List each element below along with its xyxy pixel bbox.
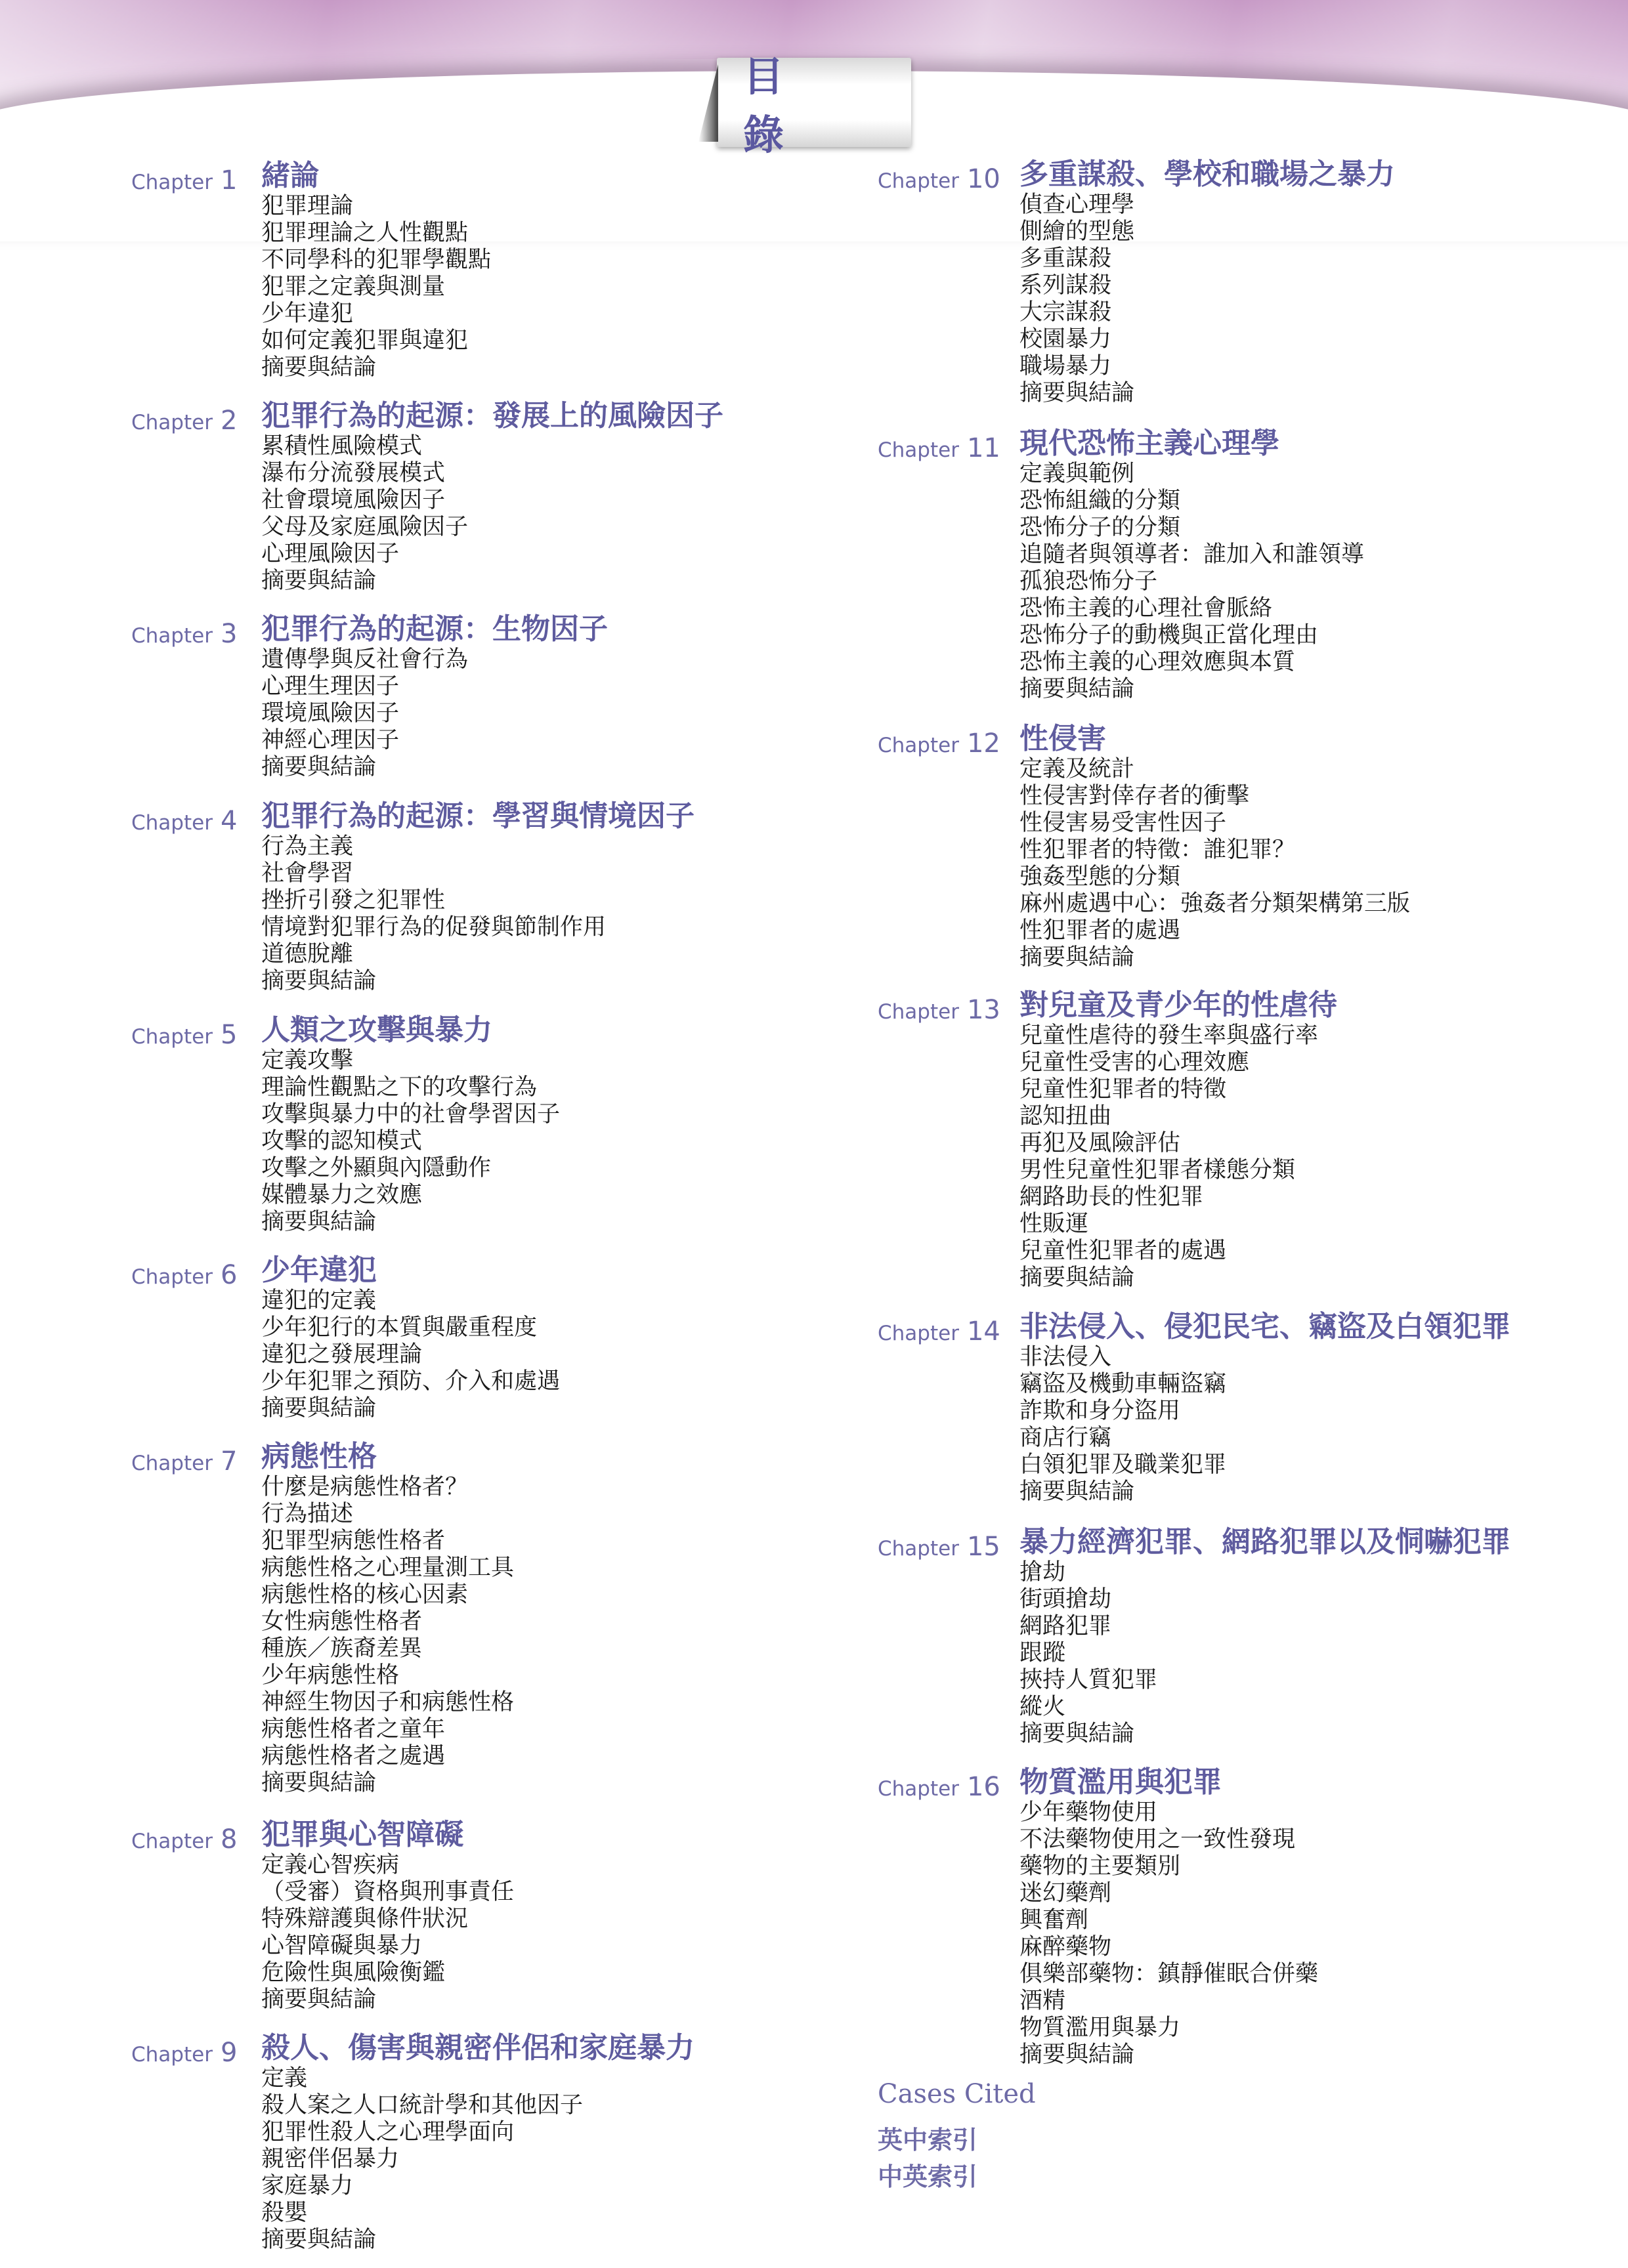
section-item[interactable]: 少年犯行的本質與嚴重程度 xyxy=(261,1314,560,1341)
section-item[interactable]: 摘要與結論 xyxy=(1019,2042,1318,2068)
chapter-title[interactable]: 殺人、傷害與親密伴侶和家庭暴力 xyxy=(261,2032,695,2064)
section-item[interactable]: 特殊辯護與條件狀況 xyxy=(261,1906,514,1933)
section-item[interactable]: 物質濫用與暴力 xyxy=(1019,2015,1318,2042)
section-item[interactable]: 兒童性虐待的發生率與盛行率 xyxy=(1019,1022,1318,1049)
section-item[interactable]: 摘要與結論 xyxy=(1019,1479,1226,1505)
chapter-label: Chapter10 xyxy=(878,164,1000,194)
section-item[interactable]: 再犯及風險評估 xyxy=(1019,1130,1318,1157)
section-item[interactable]: 摘要與結論 xyxy=(261,1395,560,1422)
section-item[interactable]: 藥物的主要類別 xyxy=(1019,1853,1318,1880)
chapter-number: 8 xyxy=(221,1824,237,1855)
section-item[interactable]: 攻擊與暴力中的社會學習因子 xyxy=(261,1101,560,1128)
section-list: 定義心智疾病（受審）資格與刑事責任特殊辯護與條件狀況心智障礙與暴力危險性與風險衡… xyxy=(261,1852,514,2013)
section-item[interactable]: 親密伴侶暴力 xyxy=(261,2146,583,2173)
section-item[interactable]: 違犯的定義 xyxy=(261,1288,560,1314)
section-item[interactable]: 職場暴力 xyxy=(1019,353,1134,380)
section-item[interactable]: 犯罪理論 xyxy=(261,193,491,220)
section-item[interactable]: 麻州處遇中心：強姦者分類架構第三版 xyxy=(1019,891,1410,917)
section-item[interactable]: 違犯之發展理論 xyxy=(261,1341,560,1368)
section-item[interactable]: 恐怖分子的動機與正當化理由 xyxy=(1019,622,1364,649)
section-item[interactable]: 社會環境風險因子 xyxy=(261,487,468,514)
chapter-label: Chapter2 xyxy=(131,406,237,436)
section-item[interactable]: 跟蹤 xyxy=(1019,1640,1157,1667)
section-item[interactable]: 病態性格者之童年 xyxy=(261,1716,514,1743)
section-item[interactable]: 犯罪理論之人性觀點 xyxy=(261,220,491,247)
section-item[interactable]: 強姦型態的分類 xyxy=(1019,864,1410,891)
section-item[interactable]: 性犯罪者的特徵：誰犯罪？ xyxy=(1019,837,1410,864)
section-item[interactable]: 少年違犯 xyxy=(261,301,491,327)
section-item[interactable]: 商店行竊 xyxy=(1019,1425,1226,1452)
chapter-title[interactable]: 犯罪行為的起源：發展上的風險因子 xyxy=(261,400,723,432)
section-item[interactable]: 瀑布分流發展模式 xyxy=(261,460,468,487)
section-item[interactable]: 情境對犯罪行為的促發與節制作用 xyxy=(261,914,606,941)
chapter-label: Chapter6 xyxy=(131,1260,237,1290)
section-item[interactable]: 摘要與結論 xyxy=(261,1986,514,2013)
chapter-label: Chapter15 xyxy=(878,1532,1000,1562)
chapter-title[interactable]: 多重謀殺、學校和職場之暴力 xyxy=(1019,159,1395,190)
toc-index-zh-en[interactable]: 中英索引 xyxy=(878,2156,977,2193)
chapter-number: 9 xyxy=(221,2038,237,2068)
chapter-number: 3 xyxy=(221,619,237,649)
section-list: 違犯的定義少年犯行的本質與嚴重程度違犯之發展理論少年犯罪之預防、介入和處遇摘要與… xyxy=(261,1288,560,1422)
chapter-title[interactable]: 少年違犯 xyxy=(261,1255,377,1286)
section-item[interactable]: 摘要與結論 xyxy=(1019,1721,1157,1748)
section-item[interactable]: 俱樂部藥物：鎮靜催眠合併藥 xyxy=(1019,1961,1318,1988)
section-item[interactable]: 性販運 xyxy=(1019,1211,1318,1238)
section-list: 行為主義社會學習挫折引發之犯罪性情境對犯罪行為的促發與節制作用道德脫離摘要與結論 xyxy=(261,833,606,995)
section-item[interactable]: 媒體暴力之效應 xyxy=(261,1182,560,1209)
section-list: 什麼是病態性格者？行為描述犯罪型病態性格者病態性格之心理量測工具病態性格的核心因… xyxy=(261,1474,514,1797)
section-item[interactable]: 定義心智疾病 xyxy=(261,1852,514,1879)
section-item[interactable]: 多重謀殺 xyxy=(1019,245,1134,272)
section-item[interactable]: 行為主義 xyxy=(261,833,606,860)
section-item[interactable]: 摘要與結論 xyxy=(261,2227,583,2254)
chapter-word: Chapter xyxy=(131,1025,213,1049)
section-item[interactable]: 恐怖組織的分類 xyxy=(1019,488,1364,514)
section-item[interactable]: 如何定義犯罪與違犯 xyxy=(261,327,491,354)
chapter-title[interactable]: 物質濫用與犯罪 xyxy=(1019,1767,1222,1798)
section-item[interactable]: 恐怖分子的分類 xyxy=(1019,514,1364,541)
section-list: 兒童性虐待的發生率與盛行率兒童性受害的心理效應兒童性犯罪者的特徵認知扭曲再犯及風… xyxy=(1019,1022,1318,1291)
section-item[interactable]: 認知扭曲 xyxy=(1019,1103,1318,1130)
section-item[interactable]: 恐怖主義的心理社會脈絡 xyxy=(1019,595,1364,622)
section-item[interactable]: 兒童性受害的心理效應 xyxy=(1019,1049,1318,1076)
section-list: 偵查心理學側繪的型態多重謀殺系列謀殺大宗謀殺校園暴力職場暴力摘要與結論 xyxy=(1019,192,1134,407)
chapter-label: Chapter11 xyxy=(878,433,1000,463)
chapter-number: 5 xyxy=(221,1020,237,1050)
section-item[interactable]: 偵查心理學 xyxy=(1019,192,1134,219)
section-item[interactable]: 少年犯罪之預防、介入和處遇 xyxy=(261,1368,560,1395)
chapter-title[interactable]: 病態性格 xyxy=(261,1441,377,1473)
section-item[interactable]: 側繪的型態 xyxy=(1019,219,1134,245)
section-list: 遺傳學與反社會行為心理生理因子環境風險因子神經心理因子摘要與結論 xyxy=(261,646,468,781)
section-item[interactable]: 詐欺和身分盜用 xyxy=(1019,1398,1226,1425)
section-item[interactable]: 非法侵入 xyxy=(1019,1344,1226,1371)
section-item[interactable]: 行為描述 xyxy=(261,1501,514,1528)
chapter-word: Chapter xyxy=(878,1322,959,1345)
section-item[interactable]: 追隨者與領導者：誰加入和誰領導 xyxy=(1019,541,1364,568)
section-item[interactable]: 病態性格之心理量測工具 xyxy=(261,1555,514,1582)
title-tab: 目 錄 xyxy=(717,58,911,147)
section-item[interactable]: 性侵害對倖存者的衝擊 xyxy=(1019,783,1410,810)
chapter-number: 6 xyxy=(221,1260,237,1290)
chapter-word: Chapter xyxy=(131,811,213,835)
chapter-number: 14 xyxy=(967,1316,1000,1347)
section-item[interactable]: 街頭搶劫 xyxy=(1019,1586,1157,1613)
section-item[interactable]: 殺嬰 xyxy=(261,2200,583,2227)
chapter-word: Chapter xyxy=(131,624,213,648)
section-item[interactable]: 什麼是病態性格者？ xyxy=(261,1474,514,1501)
chapter-word: Chapter xyxy=(131,2043,213,2067)
section-item[interactable]: 心理風險因子 xyxy=(261,541,468,568)
section-list: 累積性風險模式瀑布分流發展模式社會環境風險因子父母及家庭風險因子心理風險因子摘要… xyxy=(261,433,468,595)
chapter-number: 16 xyxy=(967,1772,1000,1802)
section-item[interactable]: 摘要與結論 xyxy=(261,354,491,381)
section-item[interactable]: 少年藥物使用 xyxy=(1019,1799,1318,1826)
section-item[interactable]: 少年病態性格 xyxy=(261,1662,514,1689)
chapter-number: 10 xyxy=(967,164,1000,194)
section-item[interactable]: 迷幻藥劑 xyxy=(1019,1880,1318,1907)
chapter-label: Chapter16 xyxy=(878,1772,1000,1802)
chapter-number: 7 xyxy=(221,1446,237,1477)
section-item[interactable]: 神經生物因子和病態性格 xyxy=(261,1689,514,1716)
section-item[interactable]: （受審）資格與刑事責任 xyxy=(261,1879,514,1906)
chapter-word: Chapter xyxy=(878,1000,959,1024)
section-item[interactable]: 理論性觀點之下的攻擊行為 xyxy=(261,1074,560,1101)
section-item[interactable]: 女性病態性格者 xyxy=(261,1608,514,1635)
section-item[interactable]: 攻擊之外顯與內隱動作 xyxy=(261,1155,560,1182)
section-list: 少年藥物使用不法藥物使用之一致性發現藥物的主要類別迷幻藥劑興奮劑麻醉藥物俱樂部藥… xyxy=(1019,1799,1318,2068)
section-item[interactable]: 心智障礙與暴力 xyxy=(261,1933,514,1960)
chapter-label: Chapter1 xyxy=(131,165,237,196)
chapter-label: Chapter7 xyxy=(131,1446,237,1477)
section-item[interactable]: 挾持人質犯罪 xyxy=(1019,1667,1157,1694)
section-item[interactable]: 兒童性犯罪者的處遇 xyxy=(1019,1238,1318,1265)
section-item[interactable]: 定義與範例 xyxy=(1019,461,1364,488)
chapter-title[interactable]: 人類之攻擊與暴力 xyxy=(261,1015,492,1046)
section-item[interactable]: 兒童性犯罪者的特徵 xyxy=(1019,1076,1318,1103)
section-item[interactable]: 校園暴力 xyxy=(1019,326,1134,353)
section-item[interactable]: 犯罪性殺人之心理學面向 xyxy=(261,2119,583,2146)
chapter-label: Chapter5 xyxy=(131,1020,237,1050)
chapter-title[interactable]: 對兒童及青少年的性虐待 xyxy=(1019,990,1337,1021)
section-list: 非法侵入竊盜及機動車輛盜竊詐欺和身分盜用商店行竊白領犯罪及職業犯罪摘要與結論 xyxy=(1019,1344,1226,1505)
chapter-number: 11 xyxy=(967,433,1000,463)
section-item[interactable]: 危險性與風險衡鑑 xyxy=(261,1960,514,1986)
chapter-number: 12 xyxy=(967,728,1000,759)
chapter-title[interactable]: 犯罪行為的起源：學習與情境因子 xyxy=(261,801,695,832)
chapter-number: 15 xyxy=(967,1532,1000,1562)
chapter-word: Chapter xyxy=(878,438,959,462)
section-list: 犯罪理論犯罪理論之人性觀點不同學科的犯罪學觀點犯罪之定義與測量少年違犯如何定義犯… xyxy=(261,193,491,381)
chapter-number: 4 xyxy=(221,806,237,836)
section-item[interactable]: 竊盜及機動車輛盜竊 xyxy=(1019,1371,1226,1398)
section-item[interactable]: 不法藥物使用之一致性發現 xyxy=(1019,1826,1318,1853)
section-item[interactable]: 網路助長的性犯罪 xyxy=(1019,1184,1318,1211)
chapter-word: Chapter xyxy=(878,734,959,757)
chapter-label: Chapter12 xyxy=(878,728,1000,759)
chapter-word: Chapter xyxy=(131,1265,213,1289)
section-item[interactable]: 白領犯罪及職業犯罪 xyxy=(1019,1452,1226,1479)
section-item[interactable]: 摘要與結論 xyxy=(261,1770,514,1797)
section-list: 定義及統計性侵害對倖存者的衝擊性侵害易受害性因子性犯罪者的特徵：誰犯罪？強姦型態… xyxy=(1019,756,1410,971)
chapter-title[interactable]: 非法侵入、侵犯民宅、竊盜及白領犯罪 xyxy=(1019,1311,1510,1343)
section-item[interactable]: 孤狼恐怖分子 xyxy=(1019,568,1364,595)
chapter-title[interactable]: 現代恐怖主義心理學 xyxy=(1019,428,1279,459)
chapter-label: Chapter8 xyxy=(131,1824,237,1855)
chapter-title[interactable]: 緒論 xyxy=(261,160,319,192)
section-item[interactable]: 病態性格者之處遇 xyxy=(261,1743,514,1770)
section-item[interactable]: 摘要與結論 xyxy=(261,568,468,595)
section-item[interactable]: 社會學習 xyxy=(261,860,606,887)
chapter-word: Chapter xyxy=(131,1830,213,1853)
section-item[interactable]: 摘要與結論 xyxy=(1019,380,1134,407)
section-item[interactable]: 挫折引發之犯罪性 xyxy=(261,887,606,914)
chapter-title[interactable]: 犯罪與心智障礙 xyxy=(261,1819,463,1851)
chapter-label: Chapter9 xyxy=(131,2038,237,2068)
section-item[interactable]: 累積性風險模式 xyxy=(261,433,468,460)
section-item[interactable]: 犯罪型病態性格者 xyxy=(261,1528,514,1555)
section-item[interactable]: 家庭暴力 xyxy=(261,2173,583,2200)
section-item[interactable]: 定義攻擊 xyxy=(261,1047,560,1074)
section-item[interactable]: 性犯罪者的處遇 xyxy=(1019,917,1410,944)
section-item[interactable]: 摘要與結論 xyxy=(261,754,468,781)
section-item[interactable]: 麻醉藥物 xyxy=(1019,1934,1318,1961)
section-item[interactable]: 環境風險因子 xyxy=(261,700,468,727)
chapter-number: 2 xyxy=(221,406,237,436)
section-list: 搶劫街頭搶劫網路犯罪跟蹤挾持人質犯罪縱火摘要與結論 xyxy=(1019,1559,1157,1748)
section-item[interactable]: 興奮劑 xyxy=(1019,1907,1318,1934)
section-item[interactable]: 遺傳學與反社會行為 xyxy=(261,646,468,673)
section-item[interactable]: 神經心理因子 xyxy=(261,727,468,754)
section-list: 定義與範例恐怖組織的分類恐怖分子的分類追隨者與領導者：誰加入和誰領導孤狼恐怖分子… xyxy=(1019,461,1364,703)
chapter-title[interactable]: 性侵害 xyxy=(1019,723,1106,755)
chapter-word: Chapter xyxy=(131,411,213,434)
section-item[interactable]: 大宗謀殺 xyxy=(1019,299,1134,326)
chapter-word: Chapter xyxy=(878,169,959,193)
section-item[interactable]: 縱火 xyxy=(1019,1694,1157,1721)
section-item[interactable]: 摘要與結論 xyxy=(261,1209,560,1236)
section-item[interactable]: 定義 xyxy=(261,2065,583,2092)
section-item[interactable]: 摘要與結論 xyxy=(1019,676,1364,703)
chapter-label: Chapter14 xyxy=(878,1316,1000,1347)
section-item[interactable]: 搶劫 xyxy=(1019,1559,1157,1586)
section-item[interactable]: 系列謀殺 xyxy=(1019,272,1134,299)
chapter-word: Chapter xyxy=(131,171,213,194)
page-title: 目 錄 xyxy=(717,44,911,161)
chapter-word: Chapter xyxy=(131,1452,213,1475)
section-item[interactable]: 父母及家庭風險因子 xyxy=(261,514,468,541)
section-item[interactable]: 犯罪之定義與測量 xyxy=(261,274,491,301)
section-item[interactable]: 種族／族裔差異 xyxy=(261,1635,514,1662)
section-item[interactable]: 性侵害易受害性因子 xyxy=(1019,810,1410,837)
section-list: 定義攻擊理論性觀點之下的攻擊行為攻擊與暴力中的社會學習因子攻擊的認知模式攻擊之外… xyxy=(261,1047,560,1236)
chapter-number: 13 xyxy=(967,995,1000,1025)
chapter-number: 1 xyxy=(221,165,237,196)
section-item[interactable]: 心理生理因子 xyxy=(261,673,468,700)
section-list: 定義殺人案之人口統計學和其他因子犯罪性殺人之心理學面向親密伴侶暴力家庭暴力殺嬰摘… xyxy=(261,2065,583,2254)
chapter-label: Chapter3 xyxy=(131,619,237,649)
section-item[interactable]: 恐怖主義的心理效應與本質 xyxy=(1019,649,1364,676)
section-item[interactable]: 道德脫離 xyxy=(261,941,606,968)
section-item[interactable]: 摘要與結論 xyxy=(1019,944,1410,971)
section-item[interactable]: 攻擊的認知模式 xyxy=(261,1128,560,1155)
section-item[interactable]: 摘要與結論 xyxy=(261,968,606,995)
chapter-word: Chapter xyxy=(878,1537,959,1561)
section-item[interactable]: 網路犯罪 xyxy=(1019,1613,1157,1640)
chapter-title[interactable]: 暴力經濟犯罪、網路犯罪以及恫嚇犯罪 xyxy=(1019,1526,1510,1558)
section-item[interactable]: 摘要與結論 xyxy=(1019,1265,1318,1291)
section-item[interactable]: 男性兒童性犯罪者樣態分類 xyxy=(1019,1157,1318,1184)
section-item[interactable]: 定義及統計 xyxy=(1019,756,1410,783)
toc-index-en-zh[interactable]: 英中索引 xyxy=(878,2120,977,2156)
section-item[interactable]: 殺人案之人口統計學和其他因子 xyxy=(261,2092,583,2119)
chapter-label: Chapter4 xyxy=(131,806,237,836)
section-item[interactable]: 酒精 xyxy=(1019,1988,1318,2015)
toc-cases-cited[interactable]: Cases Cited xyxy=(878,2079,1036,2109)
section-item[interactable]: 病態性格的核心因素 xyxy=(261,1582,514,1608)
section-item[interactable]: 不同學科的犯罪學觀點 xyxy=(261,247,491,274)
chapter-title[interactable]: 犯罪行為的起源：生物因子 xyxy=(261,614,608,645)
chapter-word: Chapter xyxy=(878,1777,959,1801)
chapter-label: Chapter13 xyxy=(878,995,1000,1025)
